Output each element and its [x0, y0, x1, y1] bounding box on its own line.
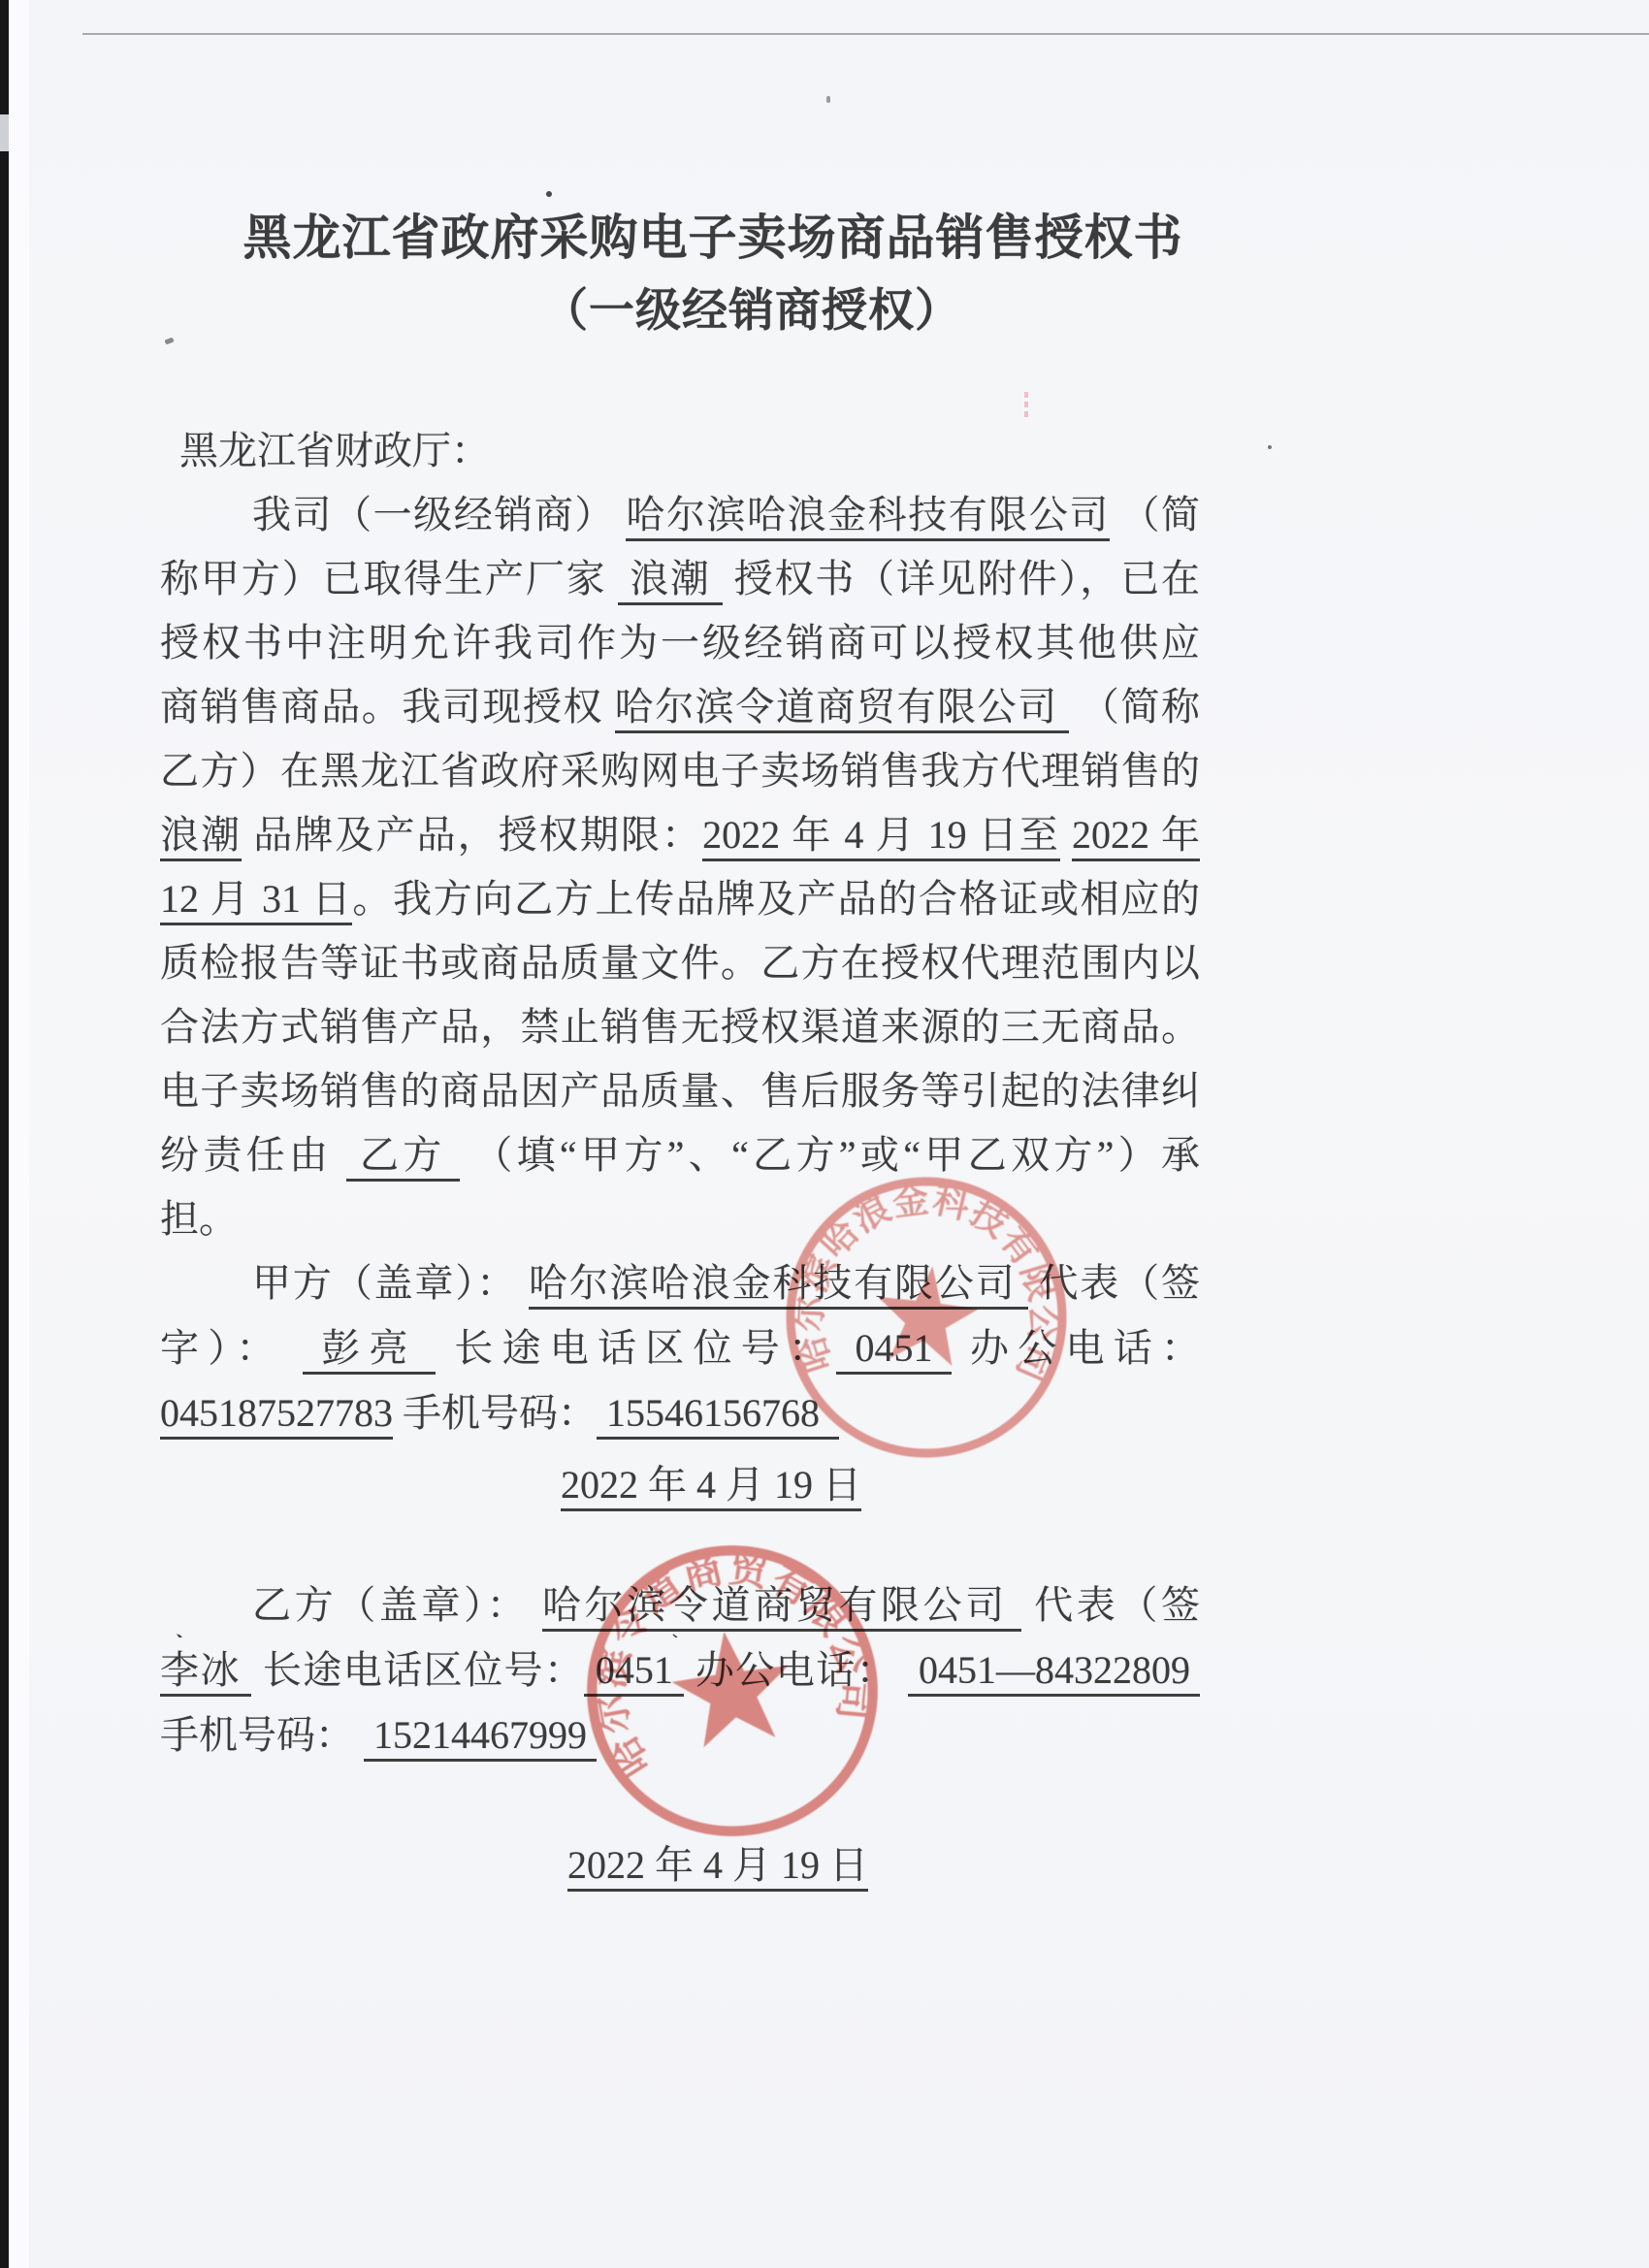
text-segment: （简 [1110, 493, 1200, 536]
underlined-value: 彭亮 [303, 1326, 436, 1375]
scanner-edge-strip [0, 0, 9, 2268]
text-segment: 乙方（盖章）： [252, 1583, 542, 1627]
text-line: 称甲方）已取得生产厂家 浪潮 授权书（详见附件），已在 [160, 555, 1200, 611]
text-segment: 授权书中注明允许我司作为一级经销商可以授权其他供应 [160, 621, 1200, 664]
underlined-value: 浪潮 [618, 557, 722, 605]
underlined-value: 哈尔滨哈浪金科技有限公司 [626, 493, 1110, 541]
text-segment [1060, 813, 1072, 857]
underlined-value: 2022 年 4 月 19 日至 [702, 813, 1060, 861]
text-segment: 电子卖场销售的商品因产品质量、售后服务等引起的法律纠 [160, 1069, 1200, 1113]
text-segment: 商销售商品。我司现授权 [160, 685, 615, 729]
text-segment: 长途电话区位号： [251, 1648, 584, 1692]
underlined-value: 15214467999 [364, 1713, 597, 1762]
scanner-edge-gap [0, 114, 9, 151]
text-line: 电子卖场销售的商品因产品质量、售后服务等引起的法律纠 [160, 1067, 1200, 1123]
text-segment: 质检报告等证书或商品质量文件。乙方在授权代理范围内以 [160, 941, 1200, 985]
text-segment: （简称 [1069, 685, 1200, 729]
party-a-date: 2022 年 4 月 19 日 [561, 1461, 861, 1509]
underlined-value: 0451—84322809 [908, 1648, 1200, 1697]
underlined-value: 浪潮 [160, 813, 242, 861]
text-segment: 我司（一级经销商） [252, 493, 626, 536]
text-line: 黑龙江省财政厅： [160, 427, 1200, 483]
party-a-seal: 哈尔滨哈浪金科技有限公司 [764, 1155, 1088, 1479]
text-segment: 甲方（盖章）： [252, 1261, 529, 1305]
text-line: 我司（一级经销商） 哈尔滨哈浪金科技有限公司 （简 [160, 491, 1200, 547]
underlined-value: 哈尔滨令道商贸有限公司 [615, 685, 1070, 733]
underlined-value: 乙方 [346, 1133, 460, 1182]
scanner-top-line [82, 33, 1649, 35]
scanned-authorization-document: 黑龙江省政府采购电子卖场商品销售授权书 （一级经销商授权） 黑龙江省财政厅：我司… [0, 0, 1649, 2268]
text-segment: 合法方式销售产品，禁止销售无授权渠道来源的三无商品。 [160, 1005, 1200, 1049]
text-line: 合法方式销售产品，禁止销售无授权渠道来源的三无商品。 [160, 1003, 1200, 1059]
scan-speck [546, 191, 552, 197]
seal-ink-ghost-mark [1024, 392, 1028, 419]
text-segment: 授权书（详见附件），已在 [723, 557, 1200, 600]
star-icon [665, 1624, 797, 1751]
underlined-value: 12 月 31 日 [160, 877, 352, 925]
scan-speck [826, 96, 830, 103]
text-segment: 称甲方）已取得生产厂家 [160, 557, 618, 600]
text-line: 商销售商品。我司现授权 哈尔滨令道商贸有限公司 （简称 [160, 683, 1200, 739]
scan-speck [1268, 445, 1272, 449]
text-segment: 字）： [160, 1326, 303, 1370]
text-line: 浪潮 品牌及产品，授权期限：2022 年 4 月 19 日至 2022 年 [160, 811, 1200, 867]
text-segment: 担。 [160, 1197, 238, 1241]
text-segment: 纷责任由 [160, 1133, 346, 1177]
text-line: 授权书中注明允许我司作为一级经销商可以授权其他供应 [160, 619, 1200, 675]
document-subtitle: （一级经销商授权） [10, 284, 1494, 339]
underlined-value: 李冰 [160, 1648, 251, 1697]
text-segment: 手机号码： [393, 1391, 597, 1435]
text-line: 纷责任由 乙方 （填“甲方”、“乙方”或“甲乙双方”）承 [160, 1131, 1200, 1187]
text-segment: 黑龙江省财政厅： [179, 429, 490, 472]
text-line: 质检报告等证书或商品质量文件。乙方在授权代理范围内以 [160, 939, 1200, 995]
underlined-value: 045187527783 [160, 1391, 393, 1440]
star-icon [870, 1260, 983, 1369]
party-b-seal: 哈尔滨令道商贸有限公司 [563, 1521, 902, 1861]
text-line: 12 月 31 日。我方向乙方上传品牌及产品的合格证或相应的 [160, 875, 1200, 931]
text-segment: 乙方）在黑龙江省政府采购网电子卖场销售我方代理销售的 [160, 749, 1200, 793]
paper-edge-band [9, 0, 29, 2268]
underlined-value: 2022 年 [1072, 813, 1200, 861]
text-segment: 手机号码： [160, 1713, 364, 1757]
text-segment: 品牌及产品，授权期限： [242, 813, 702, 857]
document-title: 黑龙江省政府采购电子卖场商品销售授权书 [10, 210, 1416, 266]
text-segment: 。我方向乙方上传品牌及产品的合格证或相应的 [352, 877, 1200, 921]
text-line: 乙方）在黑龙江省政府采购网电子卖场销售我方代理销售的 [160, 747, 1200, 803]
party-a-date-value: 2022 年 4 月 19 日 [561, 1463, 861, 1511]
